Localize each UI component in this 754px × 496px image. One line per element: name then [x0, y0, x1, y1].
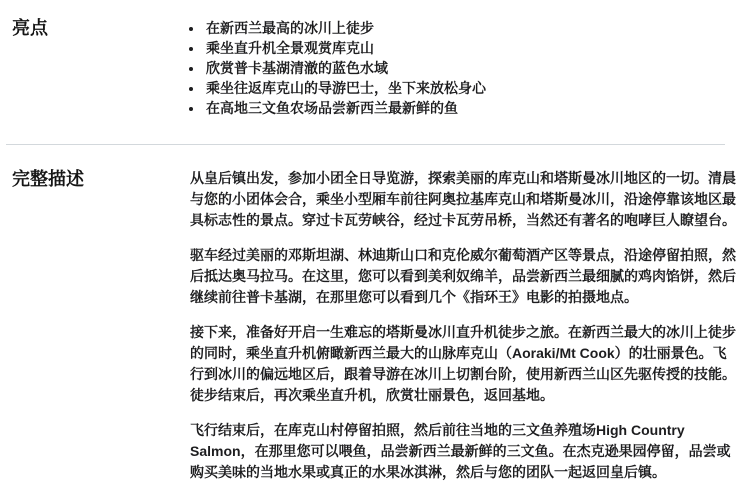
highlight-item: 在高地三文鱼农场品尝新西兰最新鲜的鱼 — [204, 98, 740, 118]
description-paragraph: 从皇后镇出发，参加小团全日导览游，探索美丽的库克山和塔斯曼冰川地区的一切。清晨与… — [190, 168, 740, 231]
highlight-item: 乘坐直升机全景观赏库克山 — [204, 38, 740, 58]
full-description-heading: 完整描述 — [12, 168, 190, 190]
highlights-content: 在新西兰最高的冰川上徒步 乘坐直升机全景观赏库克山 欣赏普卡基湖清澈的蓝色水域 … — [190, 17, 740, 118]
description-paragraph: 驱车经过美丽的邓斯坦湖、林迪斯山口和克伦威尔葡萄酒产区等景点，沿途停留拍照，然后… — [190, 245, 740, 308]
full-description-section: 完整描述 从皇后镇出发，参加小团全日导览游，探索美丽的库克山和塔斯曼冰川地区的一… — [12, 168, 740, 483]
highlight-item: 在新西兰最高的冰川上徒步 — [204, 18, 740, 38]
tour-details-page: 亮点 在新西兰最高的冰川上徒步 乘坐直升机全景观赏库克山 欣赏普卡基湖清澈的蓝色… — [0, 0, 754, 483]
highlights-list: 在新西兰最高的冰川上徒步 乘坐直升机全景观赏库克山 欣赏普卡基湖清澈的蓝色水域 … — [190, 18, 740, 118]
highlight-item: 乘坐往返库克山的导游巴士，坐下来放松身心 — [204, 78, 740, 98]
highlights-heading: 亮点 — [12, 17, 190, 39]
highlights-section: 亮点 在新西兰最高的冰川上徒步 乘坐直升机全景观赏库克山 欣赏普卡基湖清澈的蓝色… — [12, 17, 740, 118]
highlight-item: 欣赏普卡基湖清澈的蓝色水域 — [204, 58, 740, 78]
section-divider — [6, 144, 725, 145]
description-paragraph: 飞行结束后，在库克山村停留拍照，然后前往当地的三文鱼养殖场High Countr… — [190, 420, 740, 483]
description-paragraph: 接下来，准备好开启一生难忘的塔斯曼冰川直升机徒步之旅。在新西兰最大的冰川上徒步的… — [190, 322, 740, 406]
full-description-content: 从皇后镇出发，参加小团全日导览游，探索美丽的库克山和塔斯曼冰川地区的一切。清晨与… — [190, 168, 740, 483]
